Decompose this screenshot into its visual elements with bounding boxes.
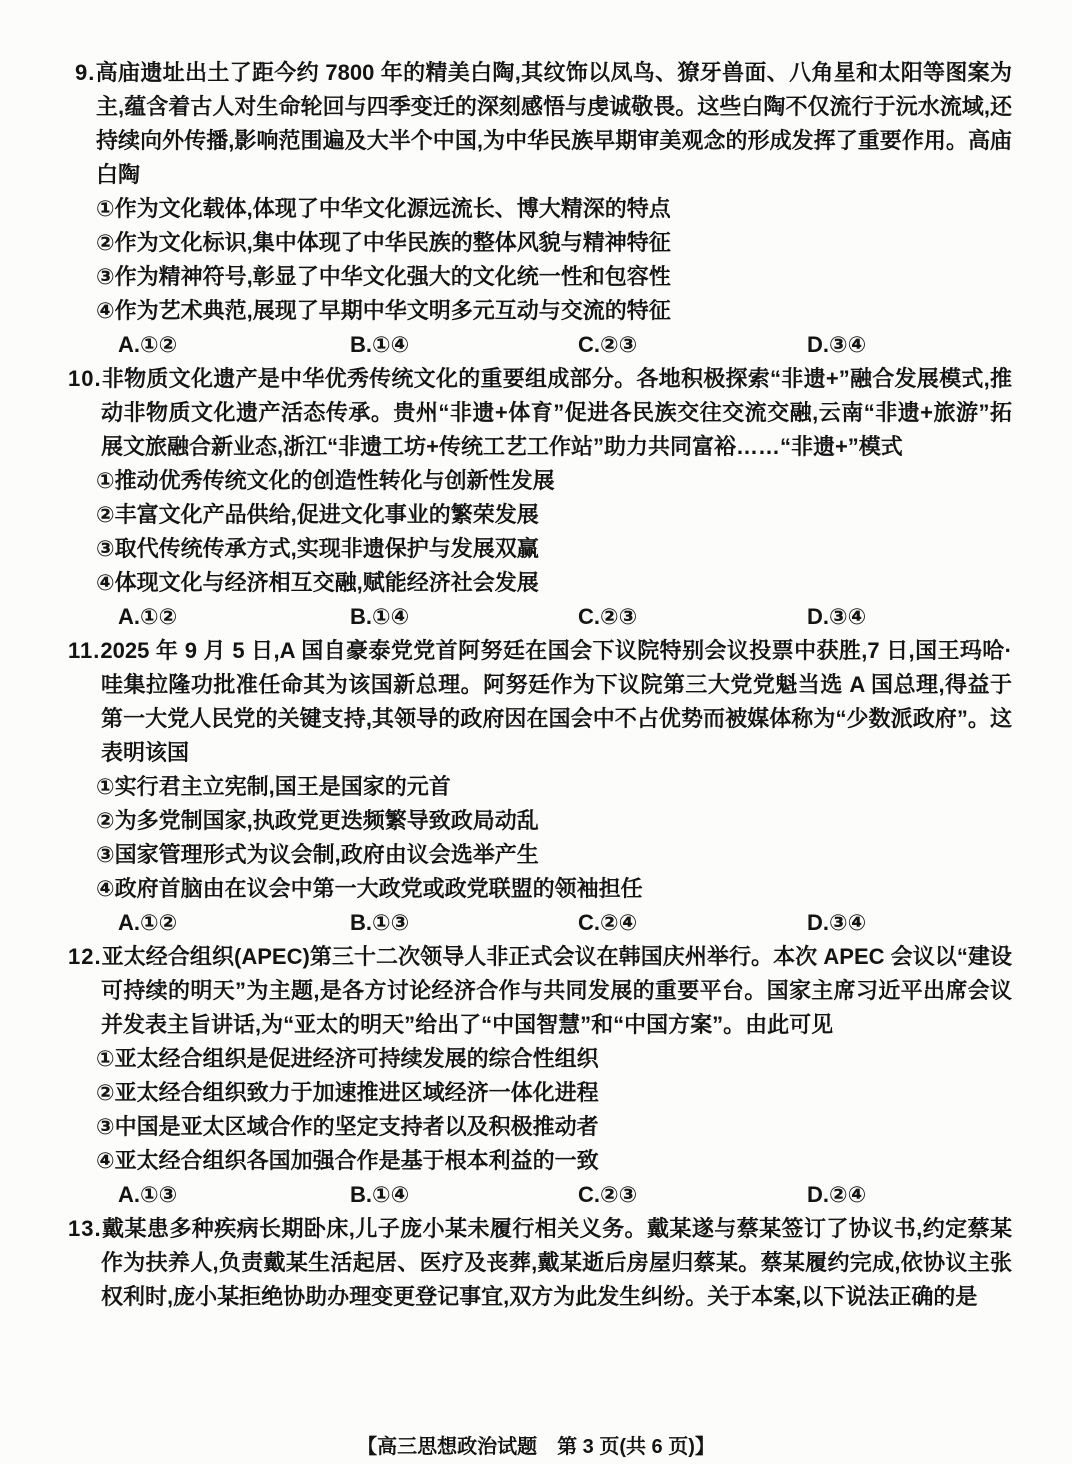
exam-page: 9.高庙遗址出土了距今约 7800 年的精美白陶,其纹饰以凤鸟、獠牙兽面、八角星… bbox=[0, 0, 1072, 1464]
option-line: ④政府首脑由在议会中第一大政党或政党联盟的领袖担任 bbox=[68, 872, 1012, 906]
question-list: 9.高庙遗址出土了距今约 7800 年的精美白陶,其纹饰以凤鸟、獠牙兽面、八角星… bbox=[68, 56, 1012, 1314]
answer-choice: D.③④ bbox=[807, 906, 866, 940]
page-footer: 【高三思想政治试题 第 3 页(共 6 页)】 bbox=[0, 1436, 1072, 1458]
answer-choice: C.②④ bbox=[578, 906, 807, 940]
option-line: ②为多党制国家,执政党更迭频繁导致政局动乱 bbox=[68, 804, 1012, 838]
answer-choice: B.①④ bbox=[350, 328, 578, 362]
question-number: 11. bbox=[68, 638, 100, 663]
question-stem: 10.非物质文化遗产是中华优秀传统文化的重要组成部分。各地积极探索“非遗+”融合… bbox=[68, 362, 1012, 464]
answer-choice: D.②④ bbox=[807, 1178, 866, 1212]
option-line: ②亚太经合组织致力于加速推进区域经济一体化进程 bbox=[68, 1076, 1012, 1110]
answer-choice: C.②③ bbox=[578, 328, 807, 362]
question-block: 10.非物质文化遗产是中华优秀传统文化的重要组成部分。各地积极探索“非遗+”融合… bbox=[68, 362, 1012, 634]
question-stem: 13.戴某患多种疾病长期卧床,儿子庞小某未履行相关义务。戴某遂与蔡某签订了协议书… bbox=[68, 1212, 1012, 1314]
question-block: 13.戴某患多种疾病长期卧床,儿子庞小某未履行相关义务。戴某遂与蔡某签订了协议书… bbox=[68, 1212, 1012, 1314]
question-number: 9. bbox=[75, 60, 95, 85]
option-line: ①亚太经合组织是促进经济可持续发展的综合性组织 bbox=[68, 1042, 1012, 1076]
option-line: ③作为精神符号,彰显了中华文化强大的文化统一性和包容性 bbox=[68, 260, 1012, 294]
question-stem: 11.2025 年 9 月 5 日,A 国自豪泰党党首阿努廷在国会下议院特别会议… bbox=[68, 634, 1012, 770]
question-text: 高庙遗址出土了距今约 7800 年的精美白陶,其纹饰以凤鸟、獠牙兽面、八角星和太… bbox=[95, 60, 1012, 187]
question-stem: 12.亚太经合组织(APEC)第三十二次领导人非正式会议在韩国庆州举行。本次 A… bbox=[68, 940, 1012, 1042]
answer-choice: A.①③ bbox=[118, 1178, 350, 1212]
question-text: 亚太经合组织(APEC)第三十二次领导人非正式会议在韩国庆州举行。本次 APEC… bbox=[101, 944, 1012, 1037]
option-line: ③国家管理形式为议会制,政府由议会选举产生 bbox=[68, 838, 1012, 872]
option-line: ④作为艺术典范,展现了早期中华文明多元互动与交流的特征 bbox=[68, 294, 1012, 328]
answer-row: A.①②B.①④C.②③D.③④ bbox=[68, 600, 1012, 634]
option-line: ②丰富文化产品供给,促进文化事业的繁荣发展 bbox=[68, 498, 1012, 532]
answer-choice: A.①② bbox=[118, 328, 350, 362]
question-text: 2025 年 9 月 5 日,A 国自豪泰党党首阿努廷在国会下议院特别会议投票中… bbox=[100, 638, 1012, 765]
answer-choice: B.①④ bbox=[350, 1178, 578, 1212]
question-stem: 9.高庙遗址出土了距今约 7800 年的精美白陶,其纹饰以凤鸟、獠牙兽面、八角星… bbox=[68, 56, 1012, 192]
answer-choice: C.②③ bbox=[578, 1178, 807, 1212]
answer-row: A.①②B.①③C.②④D.③④ bbox=[68, 906, 1012, 940]
question-number: 10. bbox=[68, 366, 102, 391]
answer-choice: A.①② bbox=[118, 600, 350, 634]
question-block: 12.亚太经合组织(APEC)第三十二次领导人非正式会议在韩国庆州举行。本次 A… bbox=[68, 940, 1012, 1212]
question-block: 9.高庙遗址出土了距今约 7800 年的精美白陶,其纹饰以凤鸟、獠牙兽面、八角星… bbox=[68, 56, 1012, 362]
question-number: 13. bbox=[68, 1216, 102, 1241]
option-line: ④体现文化与经济相互交融,赋能经济社会发展 bbox=[68, 566, 1012, 600]
answer-choice: B.①④ bbox=[350, 600, 578, 634]
answer-row: A.①②B.①④C.②③D.③④ bbox=[68, 328, 1012, 362]
answer-choice: C.②③ bbox=[578, 600, 807, 634]
option-line: ①作为文化载体,体现了中华文化源远流长、博大精深的特点 bbox=[68, 192, 1012, 226]
answer-choice: D.③④ bbox=[807, 328, 866, 362]
question-text: 戴某患多种疾病长期卧床,儿子庞小某未履行相关义务。戴某遂与蔡某签订了协议书,约定… bbox=[101, 1216, 1012, 1309]
option-line: ③取代传统传承方式,实现非遗保护与发展双赢 bbox=[68, 532, 1012, 566]
option-line: ①实行君主立宪制,国王是国家的元首 bbox=[68, 770, 1012, 804]
answer-row: A.①③B.①④C.②③D.②④ bbox=[68, 1178, 1012, 1212]
answer-choice: B.①③ bbox=[350, 906, 578, 940]
option-line: ①推动优秀传统文化的创造性转化与创新性发展 bbox=[68, 464, 1012, 498]
option-line: ②作为文化标识,集中体现了中华民族的整体风貌与精神特征 bbox=[68, 226, 1012, 260]
question-number: 12. bbox=[68, 944, 102, 969]
question-block: 11.2025 年 9 月 5 日,A 国自豪泰党党首阿努廷在国会下议院特别会议… bbox=[68, 634, 1012, 940]
question-text: 非物质文化遗产是中华优秀传统文化的重要组成部分。各地积极探索“非遗+”融合发展模… bbox=[101, 366, 1012, 459]
option-line: ④亚太经合组织各国加强合作是基于根本利益的一致 bbox=[68, 1144, 1012, 1178]
answer-choice: D.③④ bbox=[807, 600, 866, 634]
option-line: ③中国是亚太区域合作的坚定支持者以及积极推动者 bbox=[68, 1110, 1012, 1144]
answer-choice: A.①② bbox=[118, 906, 350, 940]
